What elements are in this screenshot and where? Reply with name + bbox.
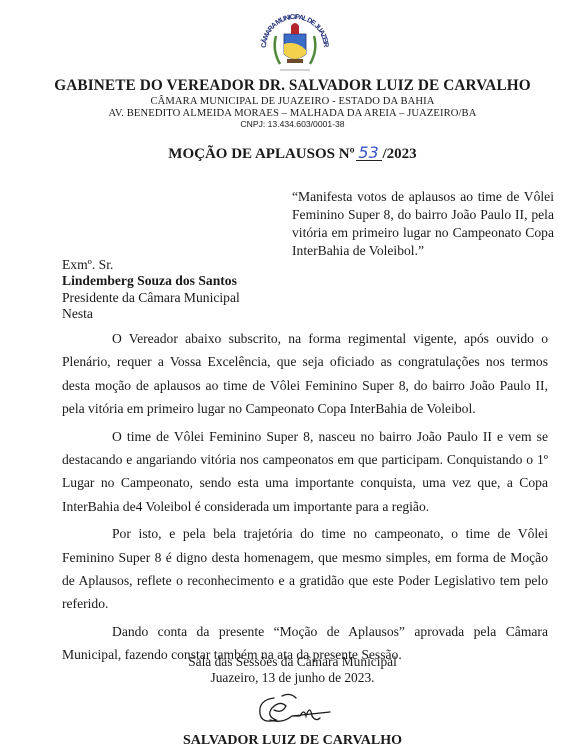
motion-title: MOÇÃO DE APLAUSOS Nº53/2023 [0, 145, 585, 163]
municipal-coat-of-arms-logo: CÂMARA MUNICIPAL DE JUAZEIRO [256, 6, 334, 78]
motion-summary: “Manifesta votos de aplausos ao time de … [292, 188, 554, 260]
addressee-location: Nesta [62, 306, 240, 322]
session-place: Sala das Sessões da Câmara Municipal [0, 654, 585, 670]
addressee-name: Lindemberg Souza dos Santos [62, 273, 240, 289]
motion-year: /2023 [383, 146, 417, 162]
motion-title-prefix: MOÇÃO DE APLAUSOS Nº [168, 146, 354, 162]
salutation: Exmº. Sr. [62, 257, 240, 273]
office-title: GABINETE DO VEREADOR DR. SALVADOR LUIZ D… [0, 77, 585, 95]
signer-name: SALVADOR LUIZ DE CARVALHO [0, 733, 585, 749]
motion-body: O Vereador abaixo subscrito, na forma re… [62, 327, 548, 671]
body-paragraph: O Vereador abaixo subscrito, na forma re… [62, 327, 548, 420]
institution-line: CÂMARA MUNICIPAL DE JUAZEIRO - ESTADO DA… [0, 96, 585, 107]
addressee-block: Exmº. Sr. Lindemberg Souza dos Santos Pr… [62, 257, 240, 322]
document-date: Juazeiro, 13 de junho de 2023. [0, 670, 585, 686]
handwritten-signature [252, 690, 332, 730]
address-line: AV. BENEDITO ALMEIDA MORAES – MALHADA DA… [0, 108, 585, 119]
motion-number-handwritten: 53 [356, 145, 382, 161]
cnpj-line: CNPJ: 13.434.603/0001-38 [0, 119, 585, 129]
body-paragraph: O time de Vôlei Feminino Super 8, nasceu… [62, 425, 548, 518]
closing-block: Sala das Sessões da Câmara Municipal Jua… [0, 654, 585, 686]
addressee-role: Presidente da Câmara Municipal [62, 290, 240, 306]
body-paragraph: Por isto, e pela bela trajetória do time… [62, 522, 548, 615]
